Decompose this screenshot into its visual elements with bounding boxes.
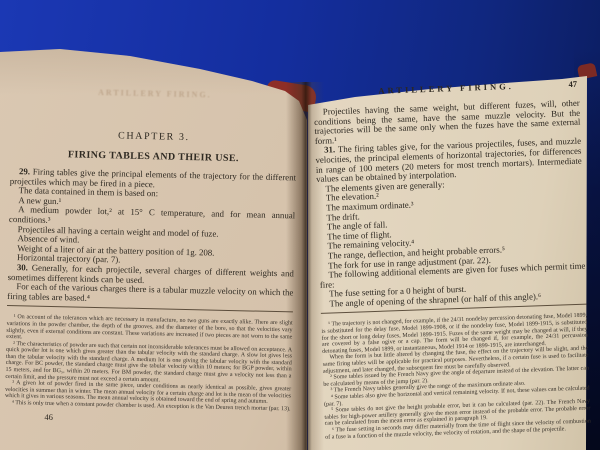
left-footnotes: ¹ On account of the tolerances which are… (5, 314, 293, 413)
left-page-content: ARTILLERY FIRING. CHAPTER 3. FIRING TABL… (4, 86, 298, 427)
left-body-text: 29. Firing tables give the principal ele… (7, 167, 296, 308)
footnote: ² The characteristics of powder are such… (5, 341, 292, 387)
chapter-title: FIRING TABLES AND THEIR USE. (10, 148, 296, 165)
right-page-number: 47 (568, 79, 577, 89)
chapter-heading: CHAPTER 3. (11, 128, 297, 145)
right-footnotes: ¹ The trajectory is not changed, for exa… (321, 313, 591, 441)
open-book-photo: ARTILLERY FIRING. CHAPTER 3. FIRING TABL… (0, 0, 600, 450)
right-page-header: ARTILLERY FIRING. 47 (313, 79, 579, 101)
paragraph: For each of the various charges there is… (7, 282, 293, 308)
right-body-text: Projectiles having the same weight, but … (314, 99, 587, 310)
running-head: ARTILLERY FIRING. (313, 79, 579, 98)
right-page-content: ARTILLERY FIRING. 47 Projectiles having … (313, 79, 591, 441)
